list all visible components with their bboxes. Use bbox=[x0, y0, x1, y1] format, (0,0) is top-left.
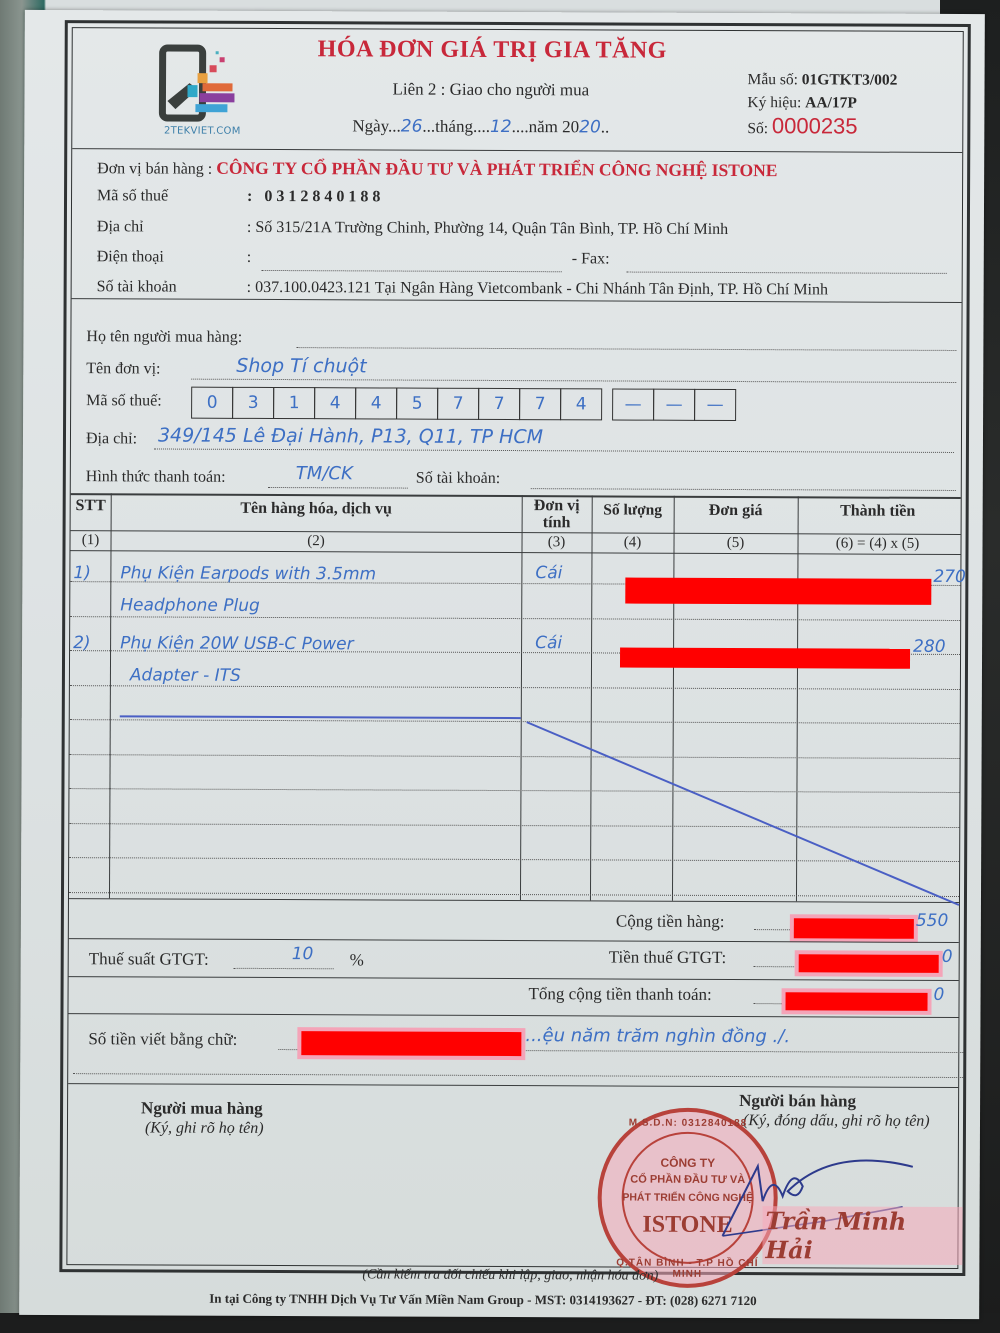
tax-digit-box: 7 bbox=[437, 388, 479, 420]
col-header-name: Tên hàng hóa, dịch vụ bbox=[111, 499, 522, 519]
seller-signer-name: Trần Minh Hải bbox=[762, 1206, 962, 1265]
payment-method: TM/CK bbox=[296, 463, 353, 484]
buyer-signature-title: Người mua hàng bbox=[141, 1098, 263, 1119]
tax-digit-box: 5 bbox=[396, 388, 438, 420]
tax-digit-box: — bbox=[612, 388, 654, 420]
seller-signature-title: Người bán hàng bbox=[739, 1091, 856, 1112]
item-unit: Cái bbox=[535, 633, 562, 653]
tax-digit-box: 3 bbox=[232, 387, 274, 419]
seller-phone: : bbox=[247, 249, 252, 266]
item-name: Phụ Kiện Earpods with 3.5mm bbox=[120, 563, 376, 584]
printer-info: In tại Công ty TNHH Dịch Vụ Tư Vấn Miền … bbox=[209, 1291, 757, 1309]
invoice-paper: 2TEKVIET.COM HÓA ĐƠN GIÁ TRỊ GIA TĂNG Li… bbox=[19, 10, 985, 1319]
invoice-serial: 0000235 bbox=[772, 113, 858, 138]
footer-note: (Cần kiểm tra đối chiếu khi lập, giao, n… bbox=[362, 1267, 658, 1284]
invoice-frame: 2TEKVIET.COM HÓA ĐƠN GIÁ TRỊ GIA TĂNG Li… bbox=[59, 20, 970, 1276]
seller-account: : 037.100.0423.121 Tại Ngân Hàng Vietcom… bbox=[247, 279, 828, 299]
tax-digit-box: 7 bbox=[519, 388, 561, 420]
invoice-meta: Mẫu số: 01GTKT3/002 Ký hiệu: AA/17P Số: … bbox=[747, 68, 897, 141]
amount-in-words: ...ệu năm trăm nghìn đồng ./. bbox=[525, 1025, 790, 1047]
seller-name: CÔNG TY CỔ PHẦN ĐẦU TƯ VÀ PHÁT TRIỂN CÔN… bbox=[216, 158, 777, 180]
redaction-bar bbox=[301, 1031, 521, 1056]
col-header-amount: Thành tiền bbox=[798, 502, 958, 521]
redaction-bar bbox=[785, 992, 927, 1011]
redaction-bar bbox=[799, 954, 939, 973]
copy-note: Liên 2 : Giao cho người mua bbox=[392, 80, 589, 101]
vat-amount-suffix: 0 bbox=[942, 947, 953, 967]
seller-address: : Số 315/21A Trường Chinh, Phường 14, Qu… bbox=[247, 219, 728, 238]
col-header-unit: Đơn vị tính bbox=[522, 497, 592, 531]
col-header-stt: STT bbox=[71, 497, 111, 515]
item-name: Phụ Kiện 20W USB-C Power bbox=[120, 633, 354, 654]
date-day: 26 bbox=[401, 117, 423, 137]
invoice-title: HÓA ĐƠN GIÁ TRỊ GIA TĂNG bbox=[318, 36, 667, 65]
date-month: 12 bbox=[490, 117, 512, 137]
buyer-address: 349/145 Lê Đại Hành, P13, Q11, TP HCM bbox=[158, 424, 543, 448]
invoice-symbol: AA/17P bbox=[805, 94, 857, 111]
tax-digit-box: 4 bbox=[355, 387, 397, 419]
invoice-date: Ngày...26...tháng....12....năm 2020.. bbox=[352, 116, 609, 137]
tax-digit-box: 4 bbox=[314, 387, 356, 419]
redaction-bar bbox=[625, 578, 931, 605]
col-header-price: Đơn giá bbox=[674, 502, 798, 521]
buyer-unit: Shop Tí chuột bbox=[236, 355, 366, 378]
tax-digit-box: 4 bbox=[560, 388, 602, 420]
form-number: 01GTKT3/002 bbox=[802, 71, 898, 88]
subtotal-suffix: 550 bbox=[916, 911, 949, 931]
seller-tax-code: : 0312840188 bbox=[247, 188, 384, 206]
vat-rate: 10 bbox=[292, 944, 314, 964]
col-header-qty: Số lượng bbox=[592, 501, 674, 519]
tax-digit-box: 1 bbox=[273, 387, 315, 419]
table-row: 1) Phụ Kiện Earpods with 3.5mm Headphone… bbox=[68, 23, 968, 27]
item-amount-suffix: 280 bbox=[913, 637, 946, 657]
total-suffix: 0 bbox=[934, 985, 945, 1005]
tax-digit-box: 7 bbox=[478, 388, 520, 420]
date-year: 20 bbox=[579, 117, 601, 137]
table-row: 2) Phụ Kiện 20W USB-C Power Adapter - IT… bbox=[68, 23, 968, 27]
item-unit: Cái bbox=[535, 563, 562, 583]
seller-fax: - Fax: bbox=[572, 250, 610, 268]
tax-digit-box: — bbox=[653, 389, 695, 421]
buyer-tax-code-boxes: 0314457774——— bbox=[192, 387, 736, 421]
tax-digit-box: — bbox=[694, 389, 736, 421]
redaction-bar bbox=[620, 648, 910, 669]
logo-text: 2TEKVIET.COM bbox=[157, 125, 247, 136]
redaction-bar bbox=[794, 918, 914, 939]
tax-digit-box: 0 bbox=[191, 387, 233, 419]
item-amount-suffix: 270 bbox=[933, 567, 966, 587]
